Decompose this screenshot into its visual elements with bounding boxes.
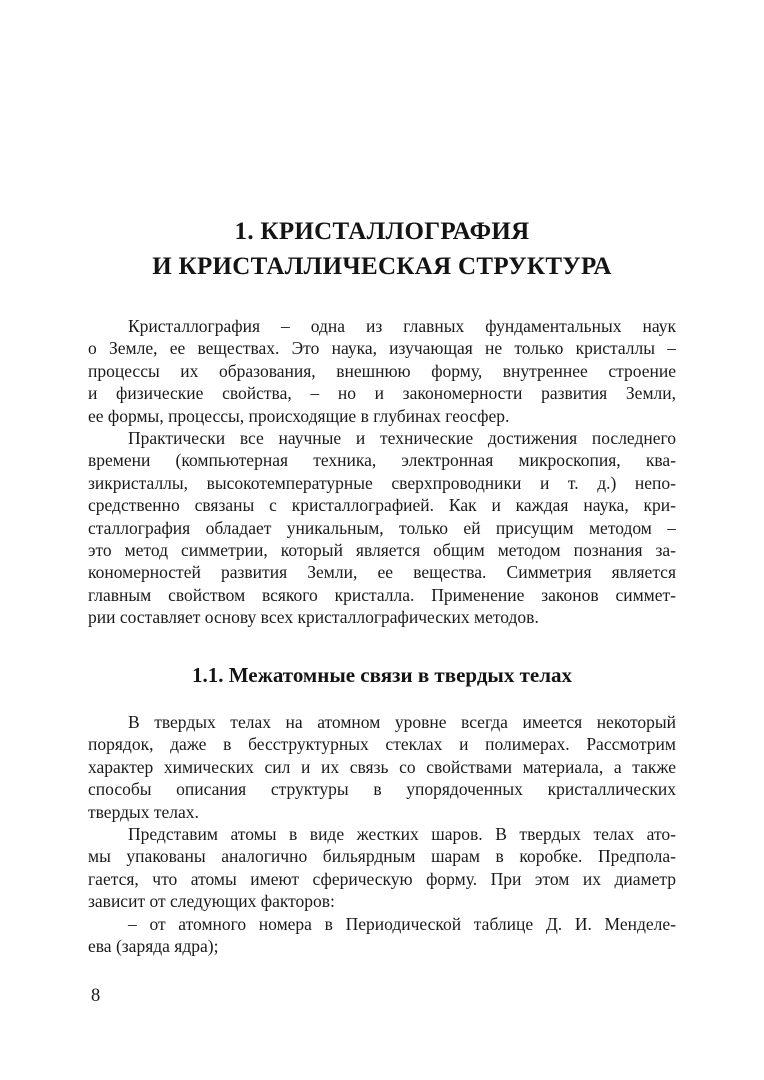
body-line: процессы их образования, внешнюю форму, … <box>88 360 676 382</box>
body-line: Представим атомы в виде жестких шаров. В… <box>88 823 676 845</box>
body-line: В твердых телах на атомном уровне всегда… <box>88 711 676 733</box>
chapter-title-line-1: 1. КРИСТАЛЛОГРАФИЯ <box>88 214 676 249</box>
body-line: кономерностей развития Земли, ее веществ… <box>88 561 676 583</box>
body-line: ее формы, процессы, происходящие в глуби… <box>88 405 676 427</box>
body-line: Кристаллография – одна из главных фундам… <box>88 315 676 337</box>
chapter-title: 1. КРИСТАЛЛОГРАФИЯ И КРИСТАЛЛИЧЕСКАЯ СТР… <box>88 214 676 284</box>
body-line: – от атомного номера в Периодической таб… <box>88 913 676 935</box>
body-line: рии составляет основу всех кристаллограф… <box>88 606 676 628</box>
body-line: о Земле, ее веществах. Это наука, изучаю… <box>88 337 676 359</box>
body-line: способы описания структуры в упорядоченн… <box>88 778 676 800</box>
body-line: ева (заряда ядра); <box>88 935 676 957</box>
intro-text-block: Кристаллография – одна из главных фундам… <box>88 315 676 629</box>
body-line: зикристаллы, высокотемпературные сверхпр… <box>88 472 676 494</box>
body-line: это метод симметрии, который является об… <box>88 539 676 561</box>
section-heading: 1.1. Межатомные связи в твердых телах <box>88 662 676 688</box>
page-number: 8 <box>91 985 100 1007</box>
body-line: главным свойством всякого кристалла. При… <box>88 584 676 606</box>
body-line: и физические свойства, – но и закономерн… <box>88 382 676 404</box>
body-line: средственно связаны с кристаллографией. … <box>88 494 676 516</box>
book-page: 1. КРИСТАЛЛОГРАФИЯ И КРИСТАЛЛИЧЕСКАЯ СТР… <box>0 0 764 1080</box>
body-line: порядок, даже в бесструктурных стеклах и… <box>88 733 676 755</box>
body-line: сталлография обладает уникальным, только… <box>88 517 676 539</box>
body-line: характер химических сил и их связь со св… <box>88 756 676 778</box>
body-line: зависит от следующих факторов: <box>88 890 676 912</box>
body-line: времени (компьютерная техника, электронн… <box>88 449 676 471</box>
body-line: Практически все научные и технические до… <box>88 427 676 449</box>
body-line: гается, что атомы имеют сферическую форм… <box>88 868 676 890</box>
body-line: твердых телах. <box>88 801 676 823</box>
chapter-title-line-2: И КРИСТАЛЛИЧЕСКАЯ СТРУКТУРА <box>88 249 676 284</box>
section-text-block: В твердых телах на атомном уровне всегда… <box>88 711 676 957</box>
body-line: мы упакованы аналогично бильярдным шарам… <box>88 845 676 867</box>
